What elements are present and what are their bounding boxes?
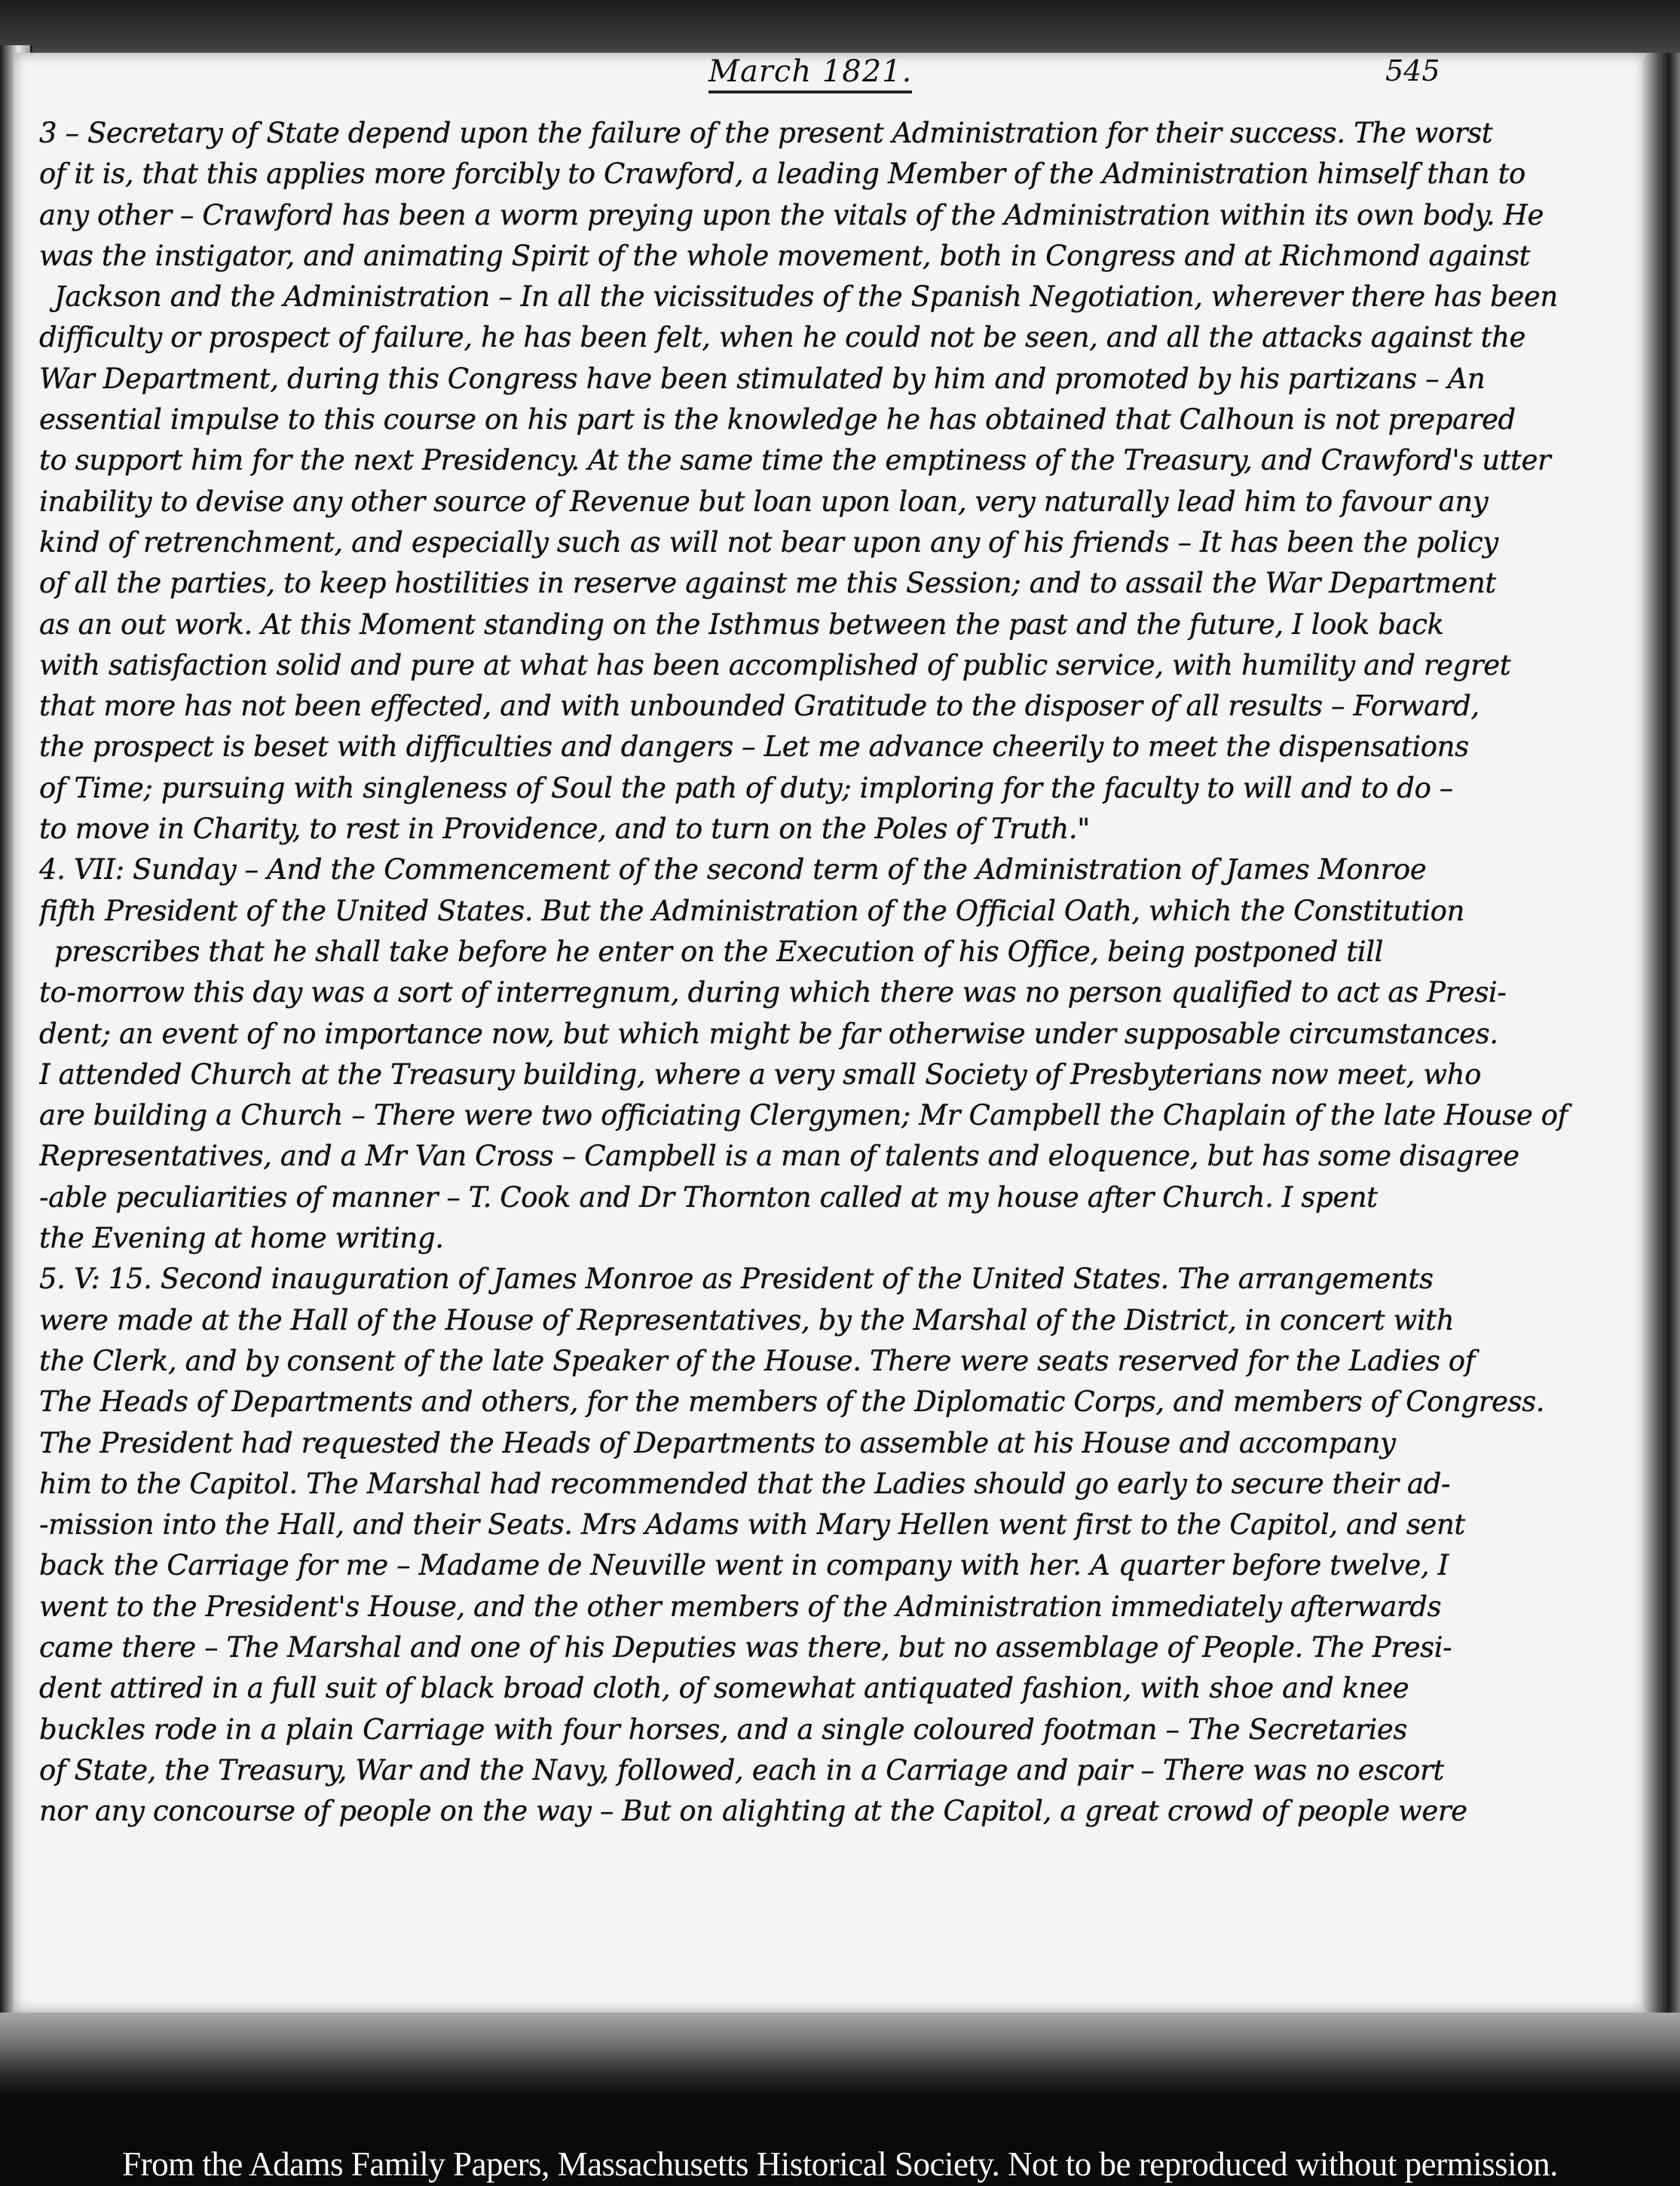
text-line: nor any concourse of people on the way –…	[39, 1791, 1630, 1832]
text-line: as an out work. At this Moment standing …	[39, 605, 1630, 645]
text-line: of State, the Treasury, War and the Navy…	[39, 1750, 1630, 1791]
text-line: -mission into the Hall, and their Seats.…	[39, 1505, 1630, 1545]
text-line: I attended Church at the Treasury buildi…	[39, 1055, 1630, 1095]
book-edge-right	[1642, 53, 1680, 2043]
text-line: are building a Church – There were two o…	[39, 1095, 1630, 1136]
text-line: was the instigator, and animating Spirit…	[39, 236, 1630, 277]
diary-entry-start: 5. V: 15. Second inauguration of James M…	[39, 1259, 1630, 1300]
text-line: with satisfaction solid and pure at what…	[39, 645, 1630, 686]
text-line: Jackson and the Administration – In all …	[39, 277, 1630, 317]
page-header: March 1821. 545	[0, 54, 1680, 100]
text-line: the Clerk, and by consent of the late Sp…	[39, 1341, 1630, 1382]
text-line: -able peculiarities of manner – T. Cook …	[39, 1177, 1630, 1218]
text-line: The Heads of Departments and others, for…	[39, 1382, 1630, 1422]
page-number: 545	[1385, 54, 1440, 87]
text-line: prescribes that he shall take before he …	[39, 932, 1630, 972]
text-line: the Evening at home writing.	[39, 1218, 1630, 1259]
text-line: were made at the Hall of the House of Re…	[39, 1300, 1630, 1341]
text-line: of all the parties, to keep hostilities …	[39, 563, 1630, 604]
page-title: March 1821.	[708, 54, 912, 93]
text-line: 3 – Secretary of State depend upon the f…	[39, 113, 1630, 154]
text-line: The President had requested the Heads of…	[39, 1423, 1630, 1464]
text-line: of Time; pursuing with singleness of Sou…	[39, 768, 1630, 809]
text-line: to support him for the next Presidency. …	[39, 440, 1630, 481]
text-line: went to the President's House, and the o…	[39, 1587, 1630, 1627]
book-edge-bottom	[0, 2013, 1680, 2096]
text-line: inability to devise any other source of …	[39, 482, 1630, 522]
text-line: to move in Charity, to rest in Providenc…	[39, 809, 1630, 850]
text-line: back the Carriage for me – Madame de Neu…	[39, 1545, 1630, 1586]
text-line: that more has not been effected, and wit…	[39, 686, 1630, 727]
book-scan: March 1821. 545 3 – Secretary of State d…	[0, 0, 1680, 2096]
text-line: of it is, that this applies more forcibl…	[39, 154, 1630, 194]
diary-entry-start: 4. VII: Sunday – And the Commencement of…	[39, 850, 1630, 890]
text-line: difficulty or prospect of failure, he ha…	[39, 317, 1630, 358]
text-line: dent attired in a full suit of black bro…	[39, 1668, 1630, 1709]
text-line: War Department, during this Congress hav…	[39, 359, 1630, 400]
text-line: dent; an event of no importance now, but…	[39, 1014, 1630, 1055]
text-line: the prospect is beset with difficulties …	[39, 727, 1630, 767]
text-line: fifth President of the United States. Bu…	[39, 891, 1630, 932]
manuscript-text: 3 – Secretary of State depend upon the f…	[39, 113, 1630, 1832]
text-line: Representatives, and a Mr Van Cross – Ca…	[39, 1136, 1630, 1177]
text-line: to-morrow this day was a sort of interre…	[39, 972, 1630, 1013]
text-line: kind of retrenchment, and especially suc…	[39, 522, 1630, 563]
copyright-caption: From the Adams Family Papers, Massachuse…	[0, 2142, 1680, 2186]
text-line: him to the Capitol. The Marshal had reco…	[39, 1464, 1630, 1505]
text-line: any other – Crawford has been a worm pre…	[39, 195, 1630, 236]
text-line: buckles rode in a plain Carriage with fo…	[39, 1710, 1630, 1750]
text-line: essential impulse to this course on his …	[39, 400, 1630, 440]
text-line: came there – The Marshal and one of his …	[39, 1627, 1630, 1668]
